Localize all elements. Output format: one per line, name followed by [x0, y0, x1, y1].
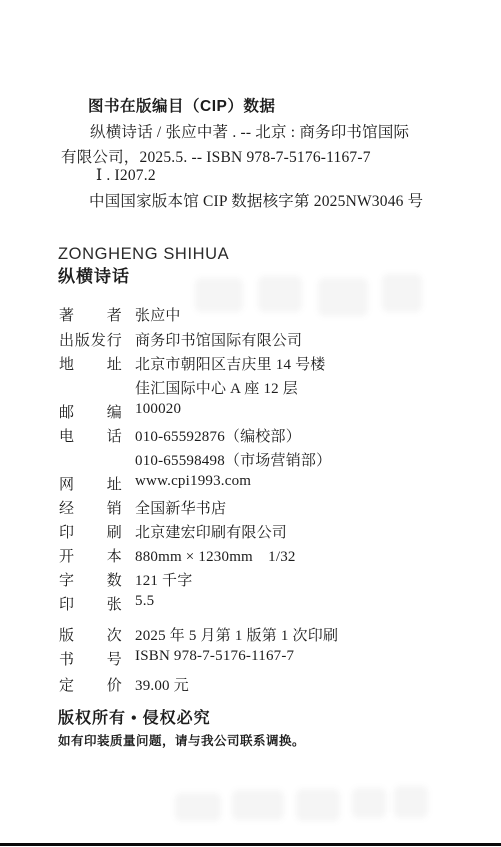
show-through-ghost [382, 274, 422, 312]
colophon-value: 北京市朝阳区吉庆里 14 号楼 [135, 357, 326, 373]
book-title: 纵横诗话 [58, 262, 130, 287]
colophon-label: 字 数 [59, 569, 122, 590]
colophon-row-website: 网 址www.cpi1993.com [59, 473, 251, 494]
show-through-ghost [394, 786, 428, 818]
colophon-value: www.cpi1993.com [135, 473, 251, 489]
colophon-value: 商务印书馆国际有限公司 [135, 333, 302, 349]
show-through-ghost [318, 278, 368, 316]
colophon-label: 邮 编 [59, 401, 122, 422]
cip-line-1: 纵横诗话 / 张应中著 . -- 北京 : 商务印书馆国际 [90, 120, 409, 142]
colophon-label: 经 销 [59, 497, 122, 518]
show-through-ghost [258, 276, 302, 312]
colophon-value: 佳汇国际中心 A 座 12 层 [135, 381, 298, 397]
show-through-ghost [296, 789, 340, 821]
colophon-label: 开 本 [59, 545, 122, 566]
show-through-ghost [175, 793, 221, 821]
colophon-row-publisher: 出版发行商务印书馆国际有限公司 [59, 329, 302, 350]
colophon-row-printer: 印 刷北京建宏印刷有限公司 [59, 521, 287, 542]
colophon-value: 100020 [135, 401, 181, 417]
quality-note: 如有印装质量问题，请与我公司联系调换。 [58, 731, 305, 749]
colophon-value: 张应中 [135, 308, 181, 324]
colophon-row-format: 开 本880mm × 1230mm 1/32 [59, 545, 296, 566]
colophon-label: 书 号 [59, 648, 122, 669]
colophon-value: 北京建宏印刷有限公司 [135, 525, 287, 541]
colophon-row-isbn: 书 号ISBN 978-7-5176-1167-7 [59, 648, 294, 669]
cip-record-number: 中国国家版本馆 CIP 数据核字第 2025NW3046 号 [89, 189, 423, 211]
colophon-label: 出版发行 [59, 329, 122, 350]
scan-edge-line [0, 843, 501, 846]
copyright-notice: 版权所有 • 侵权必究 [58, 705, 211, 728]
colophon-row-address: 地 址北京市朝阳区吉庆里 14 号楼 [59, 353, 326, 374]
colophon-row-author: 著 者张应中 [59, 304, 181, 325]
colophon-value: 2025 年 5 月第 1 版第 1 次印刷 [135, 628, 338, 644]
colophon-value: 全国新华书店 [135, 501, 226, 517]
colophon-value: 5.5 [135, 593, 154, 609]
colophon-label: 网 址 [59, 473, 122, 494]
colophon-label: 定 价 [59, 674, 122, 695]
show-through-ghost [232, 790, 284, 820]
cip-classification: Ⅰ . I207.2 [96, 166, 156, 185]
colophon-row-price: 定 价39.00 元 [59, 674, 189, 695]
colophon-label: 电 话 [59, 425, 122, 446]
colophon-value: 39.00 元 [135, 678, 189, 694]
colophon-row-phone: 电 话010-65592876（编校部） [59, 425, 301, 446]
colophon-label: 地 址 [59, 353, 122, 374]
colophon-row-edition: 版 次2025 年 5 月第 1 版第 1 次印刷 [59, 624, 338, 645]
colophon-value: 880mm × 1230mm 1/32 [135, 549, 296, 565]
colophon-row-sheets: 印 张5.5 [59, 593, 154, 614]
colophon-row-word-count: 字 数121 千字 [59, 569, 192, 590]
colophon-value: ISBN 978-7-5176-1167-7 [135, 648, 294, 664]
colophon-row-postcode: 邮 编100020 [59, 401, 181, 422]
show-through-ghost [195, 278, 243, 312]
cip-heading: 图书在版编目（CIP）数据 [88, 94, 275, 116]
colophon-label: 版 次 [59, 624, 122, 645]
colophon-label: 印 刷 [59, 521, 122, 542]
show-through-ghost [352, 788, 386, 818]
colophon-value: 121 千字 [135, 573, 192, 589]
colophon-value: 010-65598498（市场营销部） [135, 453, 331, 469]
cip-line-2: 有限公司，2025.5. -- ISBN 978-7-5176-1167-7 [61, 145, 371, 167]
copyright-page: 图书在版编目（CIP）数据 纵横诗话 / 张应中著 . -- 北京 : 商务印书… [0, 0, 501, 847]
colophon-label: 印 张 [59, 593, 122, 614]
colophon-row-phone-2: 010-65598498（市场营销部） [59, 449, 331, 470]
colophon-value: 010-65592876（编校部） [135, 429, 301, 445]
colophon-row-distributor: 经 销全国新华书店 [59, 497, 226, 518]
colophon-row-address-2: 佳汇国际中心 A 座 12 层 [59, 377, 298, 398]
colophon-label: 著 者 [59, 304, 122, 325]
